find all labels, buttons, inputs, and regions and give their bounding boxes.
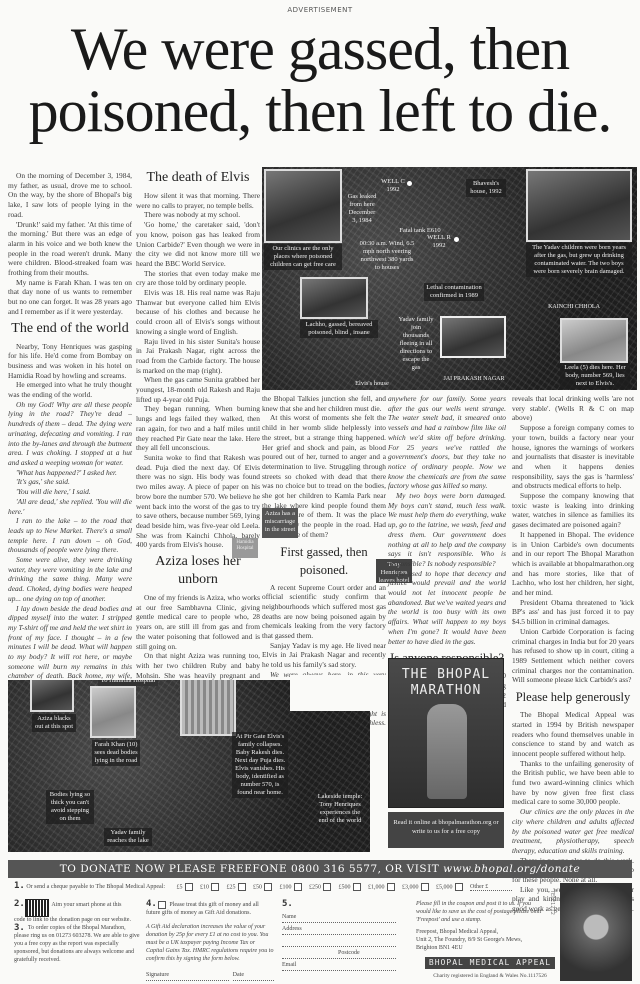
photo-baby-victim xyxy=(560,883,632,981)
bhopal-marathon-cover: THE BHOPAL MARATHON xyxy=(388,658,504,808)
photo-elderly-man xyxy=(440,316,506,358)
amount-option-5: £5 xyxy=(177,883,193,891)
amount-checkbox[interactable] xyxy=(264,883,272,891)
amount-option-1000: £1,000 xyxy=(368,883,395,891)
cheque-label: Or send a cheque payable to The Bhopal M… xyxy=(26,884,165,890)
map-top: Our clinics are the only places where po… xyxy=(262,167,637,390)
paragraph: Suppose a foreign company comes to your … xyxy=(512,423,634,491)
hamidia-hospital-tag: Hamidia Hospital xyxy=(232,538,258,558)
quote: 'What has happened?' I asked her. xyxy=(8,468,132,478)
amount-checkbox[interactable] xyxy=(353,883,361,891)
donate-bar-text: TO DONATE NOW PLEASE FREEFONE 0800 316 5… xyxy=(60,863,443,875)
photo-aziza xyxy=(30,680,74,712)
amount-checkbox[interactable] xyxy=(238,883,246,891)
photo-clinic-child xyxy=(264,169,342,243)
amount-checkbox[interactable] xyxy=(323,883,331,891)
section-heading-help-generously: Please help generously xyxy=(512,688,634,706)
paragraph: Elvis was 18. His real name was Raju Tha… xyxy=(136,288,260,337)
paragraph: President Obama threatened to 'kick BP's… xyxy=(512,598,634,627)
amount-option-25: £25 xyxy=(227,883,246,891)
map-label-pir-gate: At Pir Gate Elvis's family collapses. Ba… xyxy=(232,732,288,798)
map-label-gas-leaked: Gas leaked from here December 3, 1984 xyxy=(344,192,380,226)
map-label-well-c: WELL C 1992 xyxy=(378,177,408,195)
paragraph: Sanjay Yadav is my age. He lived near El… xyxy=(262,641,386,670)
map-label-yadav-children: The Yadav children were born years after… xyxy=(526,243,632,277)
step-number: 2. xyxy=(14,899,25,909)
address-field[interactable]: Address xyxy=(282,923,396,935)
quote: Some were alive, they were drinking wate… xyxy=(8,555,132,604)
paragraph: On the morning of December 3, 1984, my f… xyxy=(8,171,132,220)
section-heading-first-gassed: First gassed, then poisoned. xyxy=(262,543,386,579)
paragraph: Union Carbide Corporation is facing crim… xyxy=(512,627,634,685)
text-wrap-mask xyxy=(290,675,386,711)
address-field-line-2[interactable] xyxy=(282,935,396,947)
form-step-1: 1. Or send a cheque payable to The Bhopa… xyxy=(14,882,554,891)
amount-checkbox[interactable] xyxy=(294,883,302,891)
map-label-bodies-lying: Bodies lying so thick you can't avoid st… xyxy=(46,790,94,824)
section-heading-aziza: Aziza loses her unborn xyxy=(136,553,260,589)
paragraph: One of my friends is Aziza, who works at… xyxy=(136,593,260,651)
order-copies-text: To order copies of the Bhopal Marathon, … xyxy=(14,925,140,963)
read-online-box[interactable]: Read it online at bhopalmarathon.org or … xyxy=(388,812,504,848)
charity-number: Charity registered in England & Wales No… xyxy=(422,972,558,980)
date-field[interactable]: Date xyxy=(233,969,274,981)
paragraph: 'Drunk!' said my father. 'At this time o… xyxy=(8,220,132,278)
form-step-5: 5. Name Address Postcode Email xyxy=(282,900,396,971)
paragraph: The Bhopal Medical Appeal was started in… xyxy=(512,710,634,759)
headline-line-2: poisoned, then left to die. xyxy=(0,80,640,142)
amount-checkbox[interactable] xyxy=(185,883,193,891)
amount-checkbox[interactable] xyxy=(421,883,429,891)
paragraph: He emerged into what he truly thought wa… xyxy=(8,380,132,399)
map-label-bhavesh-house: Bhavesh's house, 1992 xyxy=(466,179,506,197)
step-number: 4. xyxy=(146,899,157,909)
quote: My two boys were born damaged. My boys c… xyxy=(388,491,506,569)
map-label-leela: Leela (5) dies here. Her body, number 56… xyxy=(560,363,630,389)
postal-instructions: Please fill in the coupon and post it to… xyxy=(416,900,544,952)
amount-option-5000: £5,000 xyxy=(436,883,463,891)
post-note: Please fill in the coupon and post it to… xyxy=(416,900,544,924)
map-label-elvis-house: Elvis's house xyxy=(352,379,392,389)
map-label-clinics: Our clinics are the only places where po… xyxy=(264,244,342,270)
paragraph: Suppose the company knowing that toxic w… xyxy=(512,491,634,530)
paragraph: It happened in Bhopal. The evidence is i… xyxy=(512,530,634,598)
photo-lachho xyxy=(300,277,368,319)
paragraph: A recent Supreme Court order and an offi… xyxy=(262,583,386,641)
email-field[interactable]: Email xyxy=(282,959,396,971)
donate-url-link[interactable]: www.bhopal.org/donate xyxy=(443,863,580,875)
freepost-address: Freepost, Bhopal Medical Appeal, Unit 2,… xyxy=(416,928,544,952)
amount-option-50: £50 xyxy=(253,883,272,891)
paragraph: The stories that even today make me cry … xyxy=(136,269,260,288)
form-step-2: 2. Aim your smart phone at this code to … xyxy=(14,900,134,924)
form-step-3: 3. To order copies of the Bhopal Maratho… xyxy=(14,924,140,964)
quote: 'It's gas,' she said. xyxy=(8,477,132,487)
amount-option-500: £500 xyxy=(339,883,361,891)
form-step-4: 4. Please treat this gift of money and a… xyxy=(146,900,274,981)
amount-option-10: £10 xyxy=(200,883,219,891)
section-heading-end-of-world: The end of the world xyxy=(8,320,132,338)
tracking-code: TELE1212 xyxy=(549,890,555,915)
bhopal-medical-appeal-logo: BHOPAL MEDICAL APPEAL xyxy=(425,957,555,969)
headline: We were gassed, then poisoned, then left… xyxy=(0,18,640,142)
paragraph: Sunita woke to find that Rakesh was dead… xyxy=(136,453,260,550)
paragraph: Thanks to the unfailing generosity of th… xyxy=(512,759,634,808)
paragraph: reveals that local drinking wells 'are n… xyxy=(512,394,634,423)
paragraph: Raju lived in his sister Sunita's house … xyxy=(136,337,260,376)
map-label-yadav-reaches-lake: Yadav family reaches the lake xyxy=(104,828,152,846)
photo-elvis xyxy=(180,680,236,736)
amount-option-100: £100 xyxy=(280,883,302,891)
map-label-yadav-family-flee: Yadav family join thousands fleeing in a… xyxy=(396,315,436,373)
section-heading-death-of-elvis: The death of Elvis xyxy=(136,169,260,187)
paragraph: Nearby, Tony Henriques was gasping for h… xyxy=(8,342,132,381)
map-label-farah-khan: Farah Khan (10) sees dead bodies lying i… xyxy=(92,740,140,766)
paragraph: My name is Farah Khan. I was ten on that… xyxy=(8,278,132,317)
step-number: 3. xyxy=(14,924,25,932)
quote: 'All are dead,' she replied. 'You will d… xyxy=(8,497,132,516)
amount-checkbox[interactable] xyxy=(211,883,219,891)
column-elvis-story: The death of Elvis How silent it was tha… xyxy=(136,166,260,709)
photo-farah-khan xyxy=(90,686,136,738)
map-label-well-r: WELL R 1992 xyxy=(425,233,453,251)
amount-checkbox[interactable] xyxy=(455,883,463,891)
well-r-marker xyxy=(454,237,459,242)
step-number: 5. xyxy=(282,899,293,909)
amount-option-250: £250 xyxy=(309,883,331,891)
quote: I ran to the lake – to the road that lea… xyxy=(8,516,132,555)
postcode-field[interactable]: Postcode xyxy=(282,947,396,959)
map-label-lakeside-temple: Lakeside temple: Tony Henriques experien… xyxy=(314,792,366,826)
map-label-lachho: Lachho, gassed, bereaved poisoned, blind… xyxy=(300,320,378,338)
photo-leela xyxy=(560,318,628,363)
gift-aid-checkbox[interactable] xyxy=(158,901,166,909)
paragraph: the Bhopal Talkies junction she fell, an… xyxy=(262,394,386,413)
column-appeal: reveals that local drinking wells 'are n… xyxy=(512,394,634,914)
quote: anywhere for our family. Some years afte… xyxy=(388,394,506,491)
signature-field[interactable]: Signature xyxy=(146,969,229,981)
quote: Oh my God! Why are all these people lyin… xyxy=(8,400,132,468)
map-label-kainchi-chhola: KAINCHI CHHOLA xyxy=(544,302,604,312)
marathon-child-image xyxy=(427,704,467,799)
amount-checkbox[interactable] xyxy=(387,883,395,891)
step-number: 1. xyxy=(14,881,25,891)
map-label-wind: 00:30 a.m. Wind, 6.5 mph north veering n… xyxy=(357,239,417,273)
paragraph: There was nobody at my school. xyxy=(136,210,260,220)
gift-aid-declaration: A Gift Aid declaration increases the val… xyxy=(146,923,274,963)
amount-other-field[interactable]: Other £ xyxy=(470,884,512,891)
name-field[interactable]: Name xyxy=(282,911,396,923)
amount-option-3000: £3,000 xyxy=(402,883,429,891)
marathon-title-2: MARATHON xyxy=(389,683,503,698)
map-label-lethal-contamination: Lethal contamination confirmed in 1989 xyxy=(424,283,484,301)
headline-line-1: We were gassed, then xyxy=(0,18,640,80)
marathon-title-1: THE BHOPAL xyxy=(389,667,503,682)
paragraph: When the gas came Sunita grabbed her you… xyxy=(136,375,260,404)
qr-code-icon[interactable] xyxy=(26,900,48,916)
photo-yadav-children xyxy=(526,169,632,242)
map-label-aziza-blacks-out: Aziza blacks out at this spot xyxy=(32,714,76,732)
quote: Our clinics are the only places in the c… xyxy=(512,807,634,856)
quote: We used to hope that decency and justice… xyxy=(388,569,506,647)
aziza-miscarriage-tag: Aziza has a miscarriage in the street xyxy=(262,508,298,538)
paragraph: They began running. When burning lungs a… xyxy=(136,404,260,453)
donate-bar[interactable]: TO DONATE NOW PLEASE FREEFONE 0800 316 5… xyxy=(8,860,632,878)
advertisement-label: ADVERTISEMENT xyxy=(0,6,640,14)
map-label-jai-prakash-nagar: JAI PRAKASH NAGAR xyxy=(434,374,514,384)
paragraph: 'Go home,' the caretaker said, 'don't yo… xyxy=(136,220,260,269)
quote: 'You will die here,' I said. xyxy=(8,487,132,497)
column-farah-story: On the morning of December 3, 1984, my f… xyxy=(8,171,132,720)
paragraph: How silent it was that morning. There we… xyxy=(136,191,260,210)
